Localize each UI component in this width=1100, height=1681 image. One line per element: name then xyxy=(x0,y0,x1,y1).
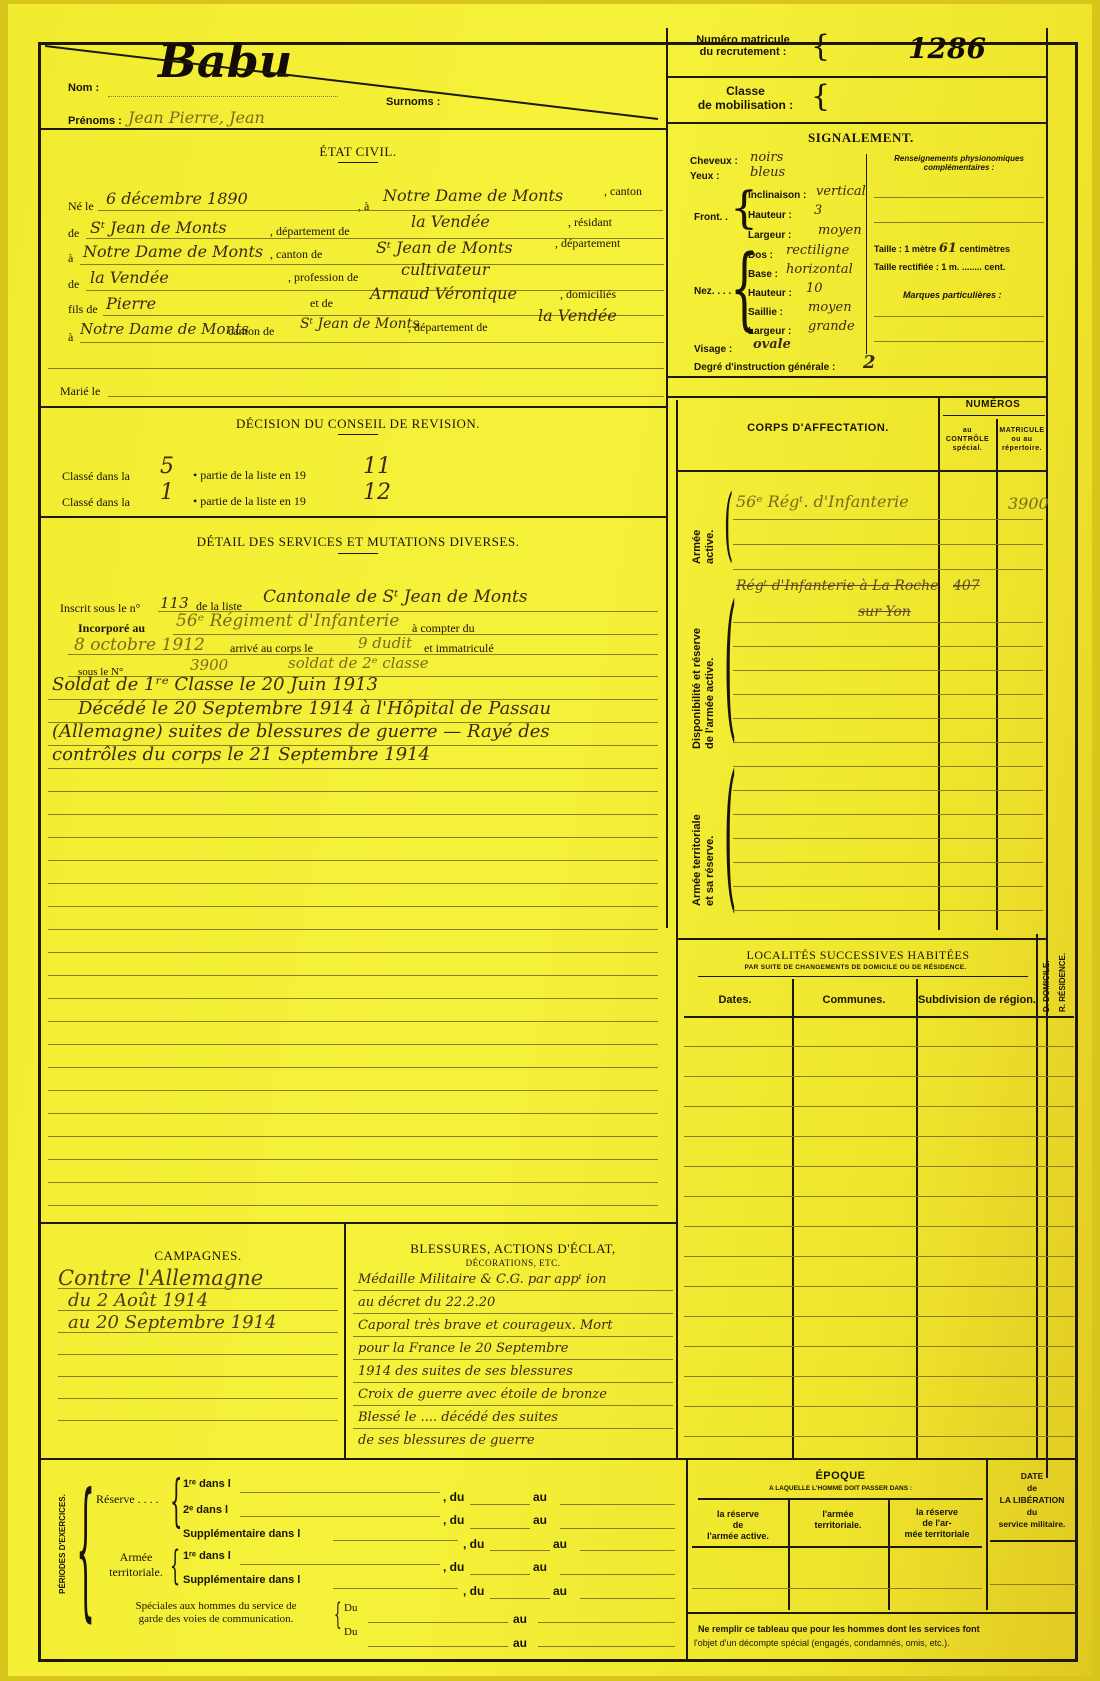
residence-departement: la Vendée xyxy=(90,268,169,287)
departement-label: , département de xyxy=(270,224,350,239)
classe-year-1: 11 xyxy=(363,454,391,479)
signalement-title: SIGNALEMENT. xyxy=(808,130,914,146)
au-label: au xyxy=(513,1636,527,1650)
front-hauteur-label: Hauteur : xyxy=(748,210,792,221)
col-subdivision: Subdivision de région. xyxy=(918,994,1036,1006)
au-label: au xyxy=(533,1560,547,1574)
birth-departement: la Vendée xyxy=(411,212,490,231)
classe-year-2: 12 xyxy=(363,480,391,505)
blessure-line: Médaille Militaire & C.G. par appᵗ ion xyxy=(358,1272,606,1287)
nez-largeur-label: Largeur : xyxy=(748,326,791,337)
reserve-corps-entry-2: sur Yon xyxy=(858,604,911,620)
register-page: Babu Nom : Prénoms : Jean Pierre, Jean S… xyxy=(8,4,1092,1676)
controle-col-header: auCONTRÔLEspécial. xyxy=(940,426,995,453)
armee-row-label: 1ʳᵉ dans l xyxy=(183,1550,231,1562)
reserve-corps-entry: Régᵗ d'Infanterie à La Roche xyxy=(736,578,938,594)
residence-place: Notre Dame de Monts xyxy=(83,242,263,261)
cheveux-value: noirs xyxy=(750,150,783,165)
matricule-value: 1286 xyxy=(908,32,986,65)
parents-canton: Sᵗ Jean de Monts xyxy=(300,316,420,332)
reserve-row-label: 1ʳᵉ dans l xyxy=(183,1478,231,1490)
service-note: Soldat de 1ʳᵉ Classe le 20 Juin 1913 xyxy=(52,674,378,695)
right-column-divider xyxy=(666,28,668,928)
birth-canton: Sᵗ Jean de Monts xyxy=(90,218,227,237)
visage-value: ovale xyxy=(753,337,791,352)
parents-place: Notre Dame de Monts xyxy=(80,320,249,338)
blessure-line: Croix de guerre avec étoile de bronze xyxy=(358,1387,607,1402)
brace: { xyxy=(170,1546,180,1586)
speciales-du-label: Du xyxy=(344,1626,357,1638)
brace: ( xyxy=(724,584,736,744)
epoque-note-2: l'objet d'un décompte spécial (engagés, … xyxy=(694,1638,950,1648)
nez-base-label: Base : xyxy=(748,269,778,280)
blessure-line: au décret du 22.2.20 xyxy=(358,1295,495,1310)
incorpore-value: 56ᵉ Régiment d'Infanterie xyxy=(176,611,399,631)
parents-departement: la Vendée xyxy=(538,306,617,325)
yeux-value: bleus xyxy=(750,165,785,180)
taille-label: Taille : 1 mètre 61 centimètres xyxy=(874,241,1010,256)
col-dates: Dates. xyxy=(680,994,790,1006)
mother-name: Arnaud Véronique xyxy=(370,284,517,303)
et-de-label: et de xyxy=(310,296,333,311)
nez-dos-value: rectiligne xyxy=(786,243,849,258)
au-label: au xyxy=(533,1490,547,1504)
inscrit-label: Inscrit sous le n° xyxy=(60,601,140,616)
services-title: DÉTAIL DES SERVICES ET MUTATIONS DIVERSE… xyxy=(128,534,588,550)
decision-title: DÉCISION DU CONSEIL DE REVISION. xyxy=(158,416,558,432)
matricule-col-header: MATRICULEou aurépertoire. xyxy=(998,426,1046,453)
service-note: (Allemagne) suites de blessures de guerr… xyxy=(52,721,550,742)
de-label: de xyxy=(68,226,79,241)
blessures-subtitle: DÉCORATIONS, ETC. xyxy=(368,1258,658,1268)
nez-label: Nez. . . . xyxy=(694,286,731,297)
epoque-note-1: Ne remplir ce tableau que pour les homme… xyxy=(698,1624,980,1634)
nez-saillie-label: Saillie : xyxy=(748,307,783,318)
nez-dos-label: Dos : xyxy=(748,250,773,261)
armee-territoriale-periode-label: Arméeterritoriale. xyxy=(96,1550,176,1580)
reserve-row-label: Supplémentaire dans l xyxy=(183,1528,300,1540)
partie-liste-label: • partie de la liste en 19 xyxy=(193,494,306,509)
au-label: au xyxy=(553,1537,567,1551)
reserve-controle-number: 407 xyxy=(953,578,980,594)
classe-partie-2: 1 xyxy=(160,480,174,505)
soldier-rank: soldat de 2ᵉ classe xyxy=(288,654,429,672)
campagnes-title: CAMPAGNES. xyxy=(98,1248,298,1264)
fils-de-label: fils de xyxy=(68,302,98,317)
incorpore-label: Incorporé au xyxy=(78,621,145,636)
du-label: , du xyxy=(443,1513,464,1527)
partie-liste-label: • partie de la liste en 19 xyxy=(193,468,306,483)
front-inclinaison-label: Inclinaison : xyxy=(748,190,806,201)
classe-dans-label: Classé dans la xyxy=(62,469,130,484)
au-label: au xyxy=(553,1584,567,1598)
brace: { xyxy=(170,1474,182,1530)
du-label: , du xyxy=(463,1584,484,1598)
canton-de-label: , canton de xyxy=(270,247,322,262)
col-domicile: D. DOMICILE. xyxy=(1042,960,1051,1012)
brace: { xyxy=(334,1600,342,1630)
brace: { xyxy=(811,82,830,112)
nez-hauteur-value: 10 xyxy=(806,281,823,296)
service-note: Décédé le 20 Septembre 1914 à l'Hôpital … xyxy=(78,698,551,719)
instruction-value: 2 xyxy=(863,352,876,373)
profession-value: cultivateur xyxy=(401,260,489,279)
epoque-title: ÉPOQUE xyxy=(698,1470,983,1482)
front-inclinaison-value: vertical xyxy=(816,184,866,199)
armee-territoriale-label: Armée territorialeet sa réserve. xyxy=(691,814,717,906)
liste-value: Cantonale de Sᵗ Jean de Monts xyxy=(263,587,528,607)
prenoms-label: Prénoms : xyxy=(68,115,122,127)
epoque-subtitle: A LAQUELLE L'HOMME DOIT PASSER DANS : xyxy=(698,1485,983,1492)
page-frame xyxy=(38,42,1078,1662)
localites-title: LOCALITÉS SUCCESSIVES HABITÉES xyxy=(688,948,1028,963)
service-note: contrôles du corps le 21 Septembre 1914 xyxy=(52,744,430,765)
speciales-du-label: Du xyxy=(344,1602,357,1614)
campagne-line: au 20 Septembre 1914 xyxy=(68,1312,276,1333)
localites-subtitle: PAR SUITE DE CHANGEMENTS DE DOMICILE OU … xyxy=(683,964,1028,971)
campagne-line: Contre l'Allemagne xyxy=(58,1266,263,1290)
canton-de-label: canton de xyxy=(228,324,274,339)
du-label: , du xyxy=(443,1560,464,1574)
du-label: , du xyxy=(443,1490,464,1504)
front-hauteur-value: 3 xyxy=(814,203,822,218)
surnoms-label: Surnoms : xyxy=(386,96,440,108)
corps-title: CORPS D'AFFECTATION. xyxy=(718,422,918,434)
active-matricule: 3900 xyxy=(1008,494,1049,513)
profession-label: , profession de xyxy=(288,270,358,285)
marques-label: Marques particulières : xyxy=(903,290,1002,300)
epoque-col-armee-territoriale: l'arméeterritoriale. xyxy=(790,1509,886,1531)
residence-canton: Sᵗ Jean de Monts xyxy=(376,238,513,257)
date-liberation-header: DATEdeLA LIBÉRATIONduservice militaire. xyxy=(988,1470,1076,1530)
blessure-line: pour la France le 20 Septembre xyxy=(358,1341,568,1356)
front-largeur-value: moyen xyxy=(818,223,862,238)
speciales-label: Spéciales aux hommes du service degarde … xyxy=(96,1600,336,1626)
cheveux-label: Cheveux : xyxy=(690,156,738,167)
residant-label: , résidant xyxy=(568,215,612,230)
epoque-col-reserve-active: la réservedel'armée active. xyxy=(690,1509,786,1542)
blessure-line: de ses blessures de guerre xyxy=(358,1433,535,1448)
nez-base-value: horizontal xyxy=(786,262,853,277)
classe-label: Classede mobilisation : xyxy=(683,84,808,112)
periodes-side-label: PÉRIODES D'EXERCICES. xyxy=(58,1479,67,1609)
marie-le-label: Marié le xyxy=(60,384,100,399)
au-label: au xyxy=(513,1612,527,1626)
matricule-number: 3900 xyxy=(190,656,228,674)
de-label: de xyxy=(68,277,79,292)
ne-le-label: Né le xyxy=(68,199,94,214)
front-label: Front. . xyxy=(694,212,728,223)
taille-rectifiee-label: Taille rectifiée : 1 m. ........ cent. xyxy=(874,262,1005,272)
blessure-line: Caporal très brave et courageux. Mort xyxy=(358,1318,613,1333)
visage-label: Visage : xyxy=(694,344,732,355)
incorporation-date: 8 octobre 1912 xyxy=(74,635,205,655)
blessures-title: BLESSURES, ACTIONS D'ÉCLAT, xyxy=(368,1241,658,1257)
brace: { xyxy=(811,32,830,62)
inscrit-number: 113 xyxy=(160,594,189,612)
a-label: , à xyxy=(358,199,369,214)
disponibilite-label: Disponibilité et réservede l'armée activ… xyxy=(691,628,717,749)
reserve-row-label: 2ᵉ dans l xyxy=(183,1504,228,1516)
birth-place: Notre Dame de Monts xyxy=(383,186,563,205)
nez-saillie-value: moyen xyxy=(808,300,852,315)
matricule-label: Numéro matriculedu recrutement : xyxy=(678,34,808,58)
yeux-label: Yeux : xyxy=(690,171,719,182)
a-label: à xyxy=(68,330,73,345)
a-label: à xyxy=(68,251,73,266)
armee-row-label: Supplémentaire dans l xyxy=(183,1574,300,1586)
col-communes: Communes. xyxy=(794,994,914,1006)
du-label: , du xyxy=(463,1537,484,1551)
active-corps-entry: 56ᵉ Régᵗ. d'Infanterie xyxy=(736,492,909,511)
departement-label: , département xyxy=(555,236,620,251)
blessure-line: 1914 des suites de ses blessures xyxy=(358,1364,573,1379)
blessure-line: Blessé le .... décédé des suites xyxy=(358,1410,558,1425)
reserve-label: Réserve . . . . xyxy=(96,1492,159,1507)
departement-de-label: , département de xyxy=(408,320,488,335)
classe-dans-label: Classé dans la xyxy=(62,495,130,510)
au-label: au xyxy=(533,1513,547,1527)
nez-hauteur-label: Hauteur : xyxy=(748,288,792,299)
armee-active-label: Arméeactive. xyxy=(691,530,717,564)
canton-label: , canton xyxy=(604,184,642,199)
brace: ( xyxy=(724,754,736,914)
brace: ( xyxy=(724,484,733,564)
prenoms-value: Jean Pierre, Jean xyxy=(128,108,265,127)
brace: { xyxy=(76,1474,95,1624)
domicilies-label: , domiciliés xyxy=(560,287,616,302)
nez-largeur-value: grande xyxy=(808,319,855,334)
instruction-label: Degré d'instruction générale : xyxy=(694,362,835,373)
col-residence: R. RÉSIDENCE. xyxy=(1058,953,1067,1012)
numeros-title: NUMÉROS xyxy=(943,399,1043,410)
campagne-line: du 2 Août 1914 xyxy=(68,1290,208,1311)
epoque-col-reserve-territoriale: la réservede l'ar-mée territoriale xyxy=(890,1507,984,1540)
renseignements-label: Renseignements physionomiquescomplémenta… xyxy=(874,154,1044,172)
etat-civil-title: ÉTAT CIVIL. xyxy=(278,144,438,160)
birth-date: 6 décembre 1890 xyxy=(106,189,248,208)
father-name: Pierre xyxy=(106,294,156,313)
classe-partie-1: 5 xyxy=(160,454,174,479)
arrive-value: 9 dudit xyxy=(358,634,412,652)
